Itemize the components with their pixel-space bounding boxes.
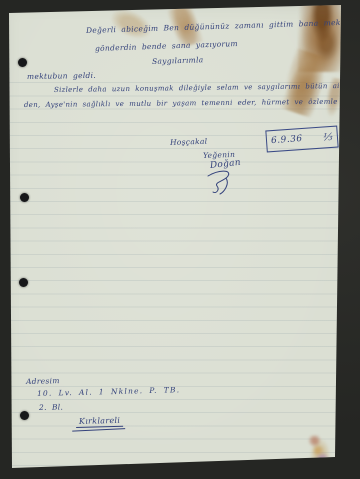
date-text: 6.9.36 xyxy=(271,134,303,146)
closing-farewell: Hoşçakal xyxy=(170,137,208,147)
stain-top-right-large xyxy=(298,0,342,72)
address-city-text: Kırklareli xyxy=(76,416,123,428)
address-label: Adresim xyxy=(26,376,60,386)
signature-flourish-icon xyxy=(204,170,246,196)
handwritten-line-4: mektubun geldi. xyxy=(27,71,96,81)
handwritten-line-2: gönderdin bende sana yazıyorum xyxy=(95,39,238,53)
letter-paper: Değerli abiceğim Ben düğününüz zamanı gi… xyxy=(0,0,360,479)
hole-punch-4 xyxy=(20,411,29,420)
address-line-2: 2. Bl. xyxy=(39,403,63,412)
handwritten-line-3: Saygılarımla xyxy=(152,55,204,66)
hole-punch-1 xyxy=(18,58,27,67)
scan-background: Değerli abiceğim Ben düğününüz zamanı gi… xyxy=(0,0,360,479)
hole-punch-3 xyxy=(19,278,28,287)
handwritten-line-1: Değerli abiceğim Ben düğününüz zamanı gi… xyxy=(86,18,354,35)
address-city: Kırklareli xyxy=(76,416,123,428)
date-paraph-mark: ⅓ xyxy=(322,131,333,143)
hole-punch-2 xyxy=(20,193,29,202)
